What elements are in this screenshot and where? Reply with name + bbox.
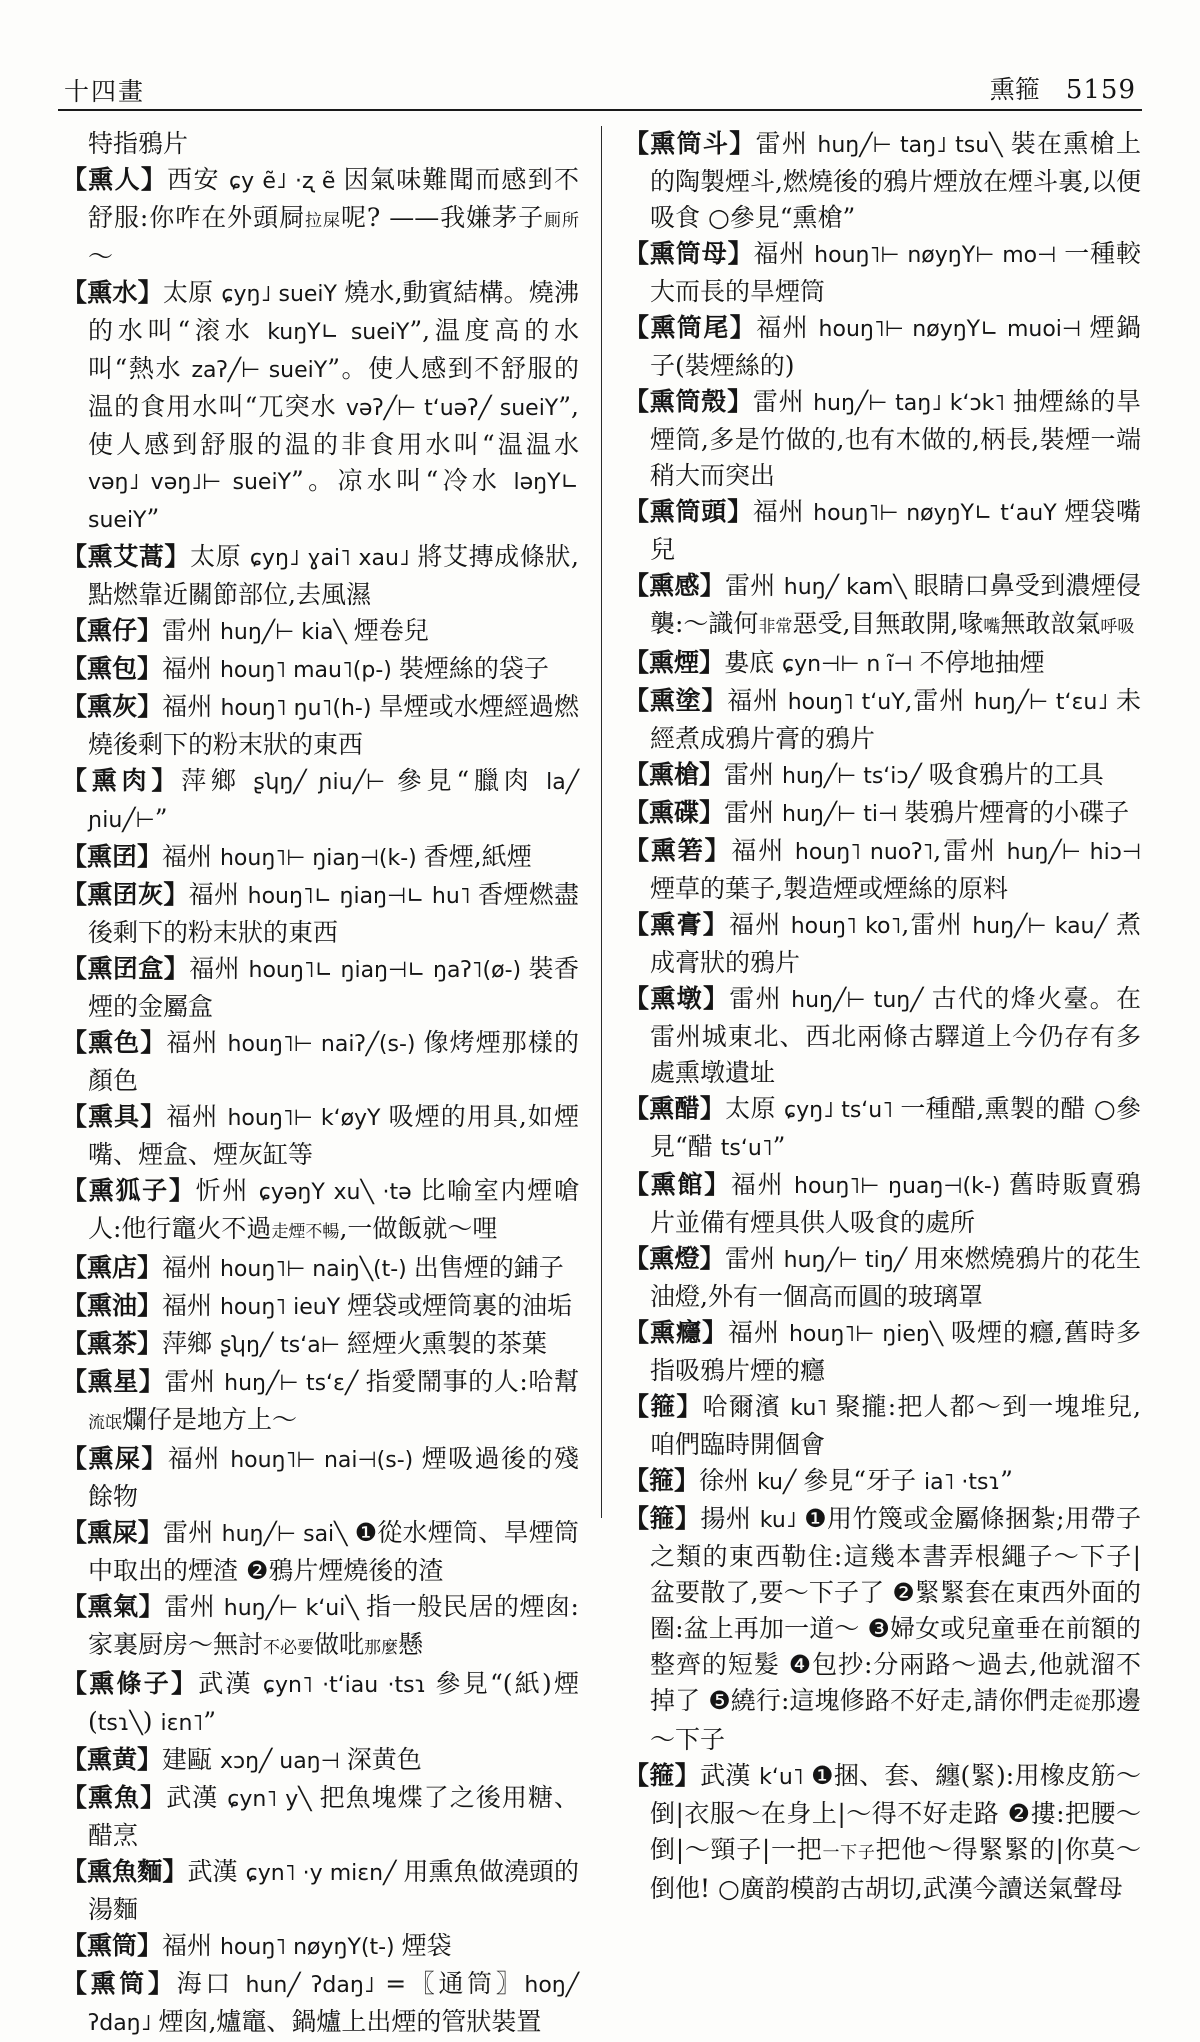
entry-text: 香煙,紙煙 — [424, 842, 532, 871]
dictionary-entry: 【熏星】雷州 huŋ╱⊢ tsʻɛ╱ 指愛鬧事的人:哈幫流氓爛仔是地方上～ — [62, 1364, 579, 1441]
entry-headword: 【熏筒】 — [62, 1931, 162, 1960]
entry-pronunciation: vəŋ˩ vəŋ˩⊢ sueiY — [88, 470, 291, 495]
entry-text: =〖通筒〗 — [385, 1969, 524, 1998]
entry-text: 雷州 — [756, 129, 818, 158]
entry-text: ” — [203, 1707, 216, 1736]
entry-pronunciation: huŋ╱⊢ ti⊣ — [782, 802, 904, 827]
column-divider — [601, 126, 602, 1518]
dictionary-entry: 【箍】徐州 ku╱ 參見“牙子 ia˥ ·tsɿ” — [624, 1463, 1141, 1501]
dictionary-entry: 【熏筒母】福州 houŋ˥⊢ nøyŋY⊢ mo⊣ 一種較大而長的旱煙筒 — [624, 236, 1141, 310]
entry-pronunciation: ɕyn⊣⊢ n ĩ⊣ — [782, 652, 920, 677]
entry-pronunciation: ia˥ ·tsɿ — [924, 1470, 1000, 1495]
entry-text: 福州 — [166, 1028, 227, 1057]
entry-text: 西安 — [167, 165, 229, 194]
entry-small-gloss: 呼吸 — [1100, 617, 1134, 637]
entry-pronunciation: houŋ˥⊢ nøyŋY⊢ mo⊣ — [814, 243, 1064, 268]
entry-pronunciation: houŋ˥⊢ naiʔ╱(s-) — [228, 1032, 424, 1057]
entry-headword: 【熏塗】 — [624, 686, 727, 715]
entry-headword: 【熏人】 — [62, 165, 167, 194]
dictionary-entry: 【熏魚】武漢 ɕyn˥ y╲ 把魚塊煠了之後用糖、醋烹 — [62, 1780, 579, 1854]
entry-text: 雷州 — [163, 1518, 222, 1547]
dictionary-entry: 【熏水】太原 ɕyŋ˩ sueiY 燒水,動賓結構。燒沸的水叫“滚水 kuŋY∟… — [62, 275, 579, 539]
entry-text: 福州 — [162, 1253, 220, 1282]
entry-headword: 【熏茶】 — [62, 1329, 162, 1358]
entry-text: 福州 — [189, 954, 248, 983]
entry-text: 經煙火熏製的茶葉 — [347, 1329, 547, 1358]
entry-headword: 【箍】 — [624, 1761, 700, 1790]
entry-headword: 【熏碟】 — [624, 798, 724, 827]
entry-text: 福州 — [162, 1291, 220, 1320]
entry-headword: 【熏筒殼】 — [624, 387, 753, 416]
entry-text: 雷州 — [724, 760, 782, 789]
dictionary-entry: 【熏艾蒿】太原 ɕyŋ˩ ɣai˥ xau˩ 將艾摶成條狀,點燃靠近關節部位,去… — [62, 539, 579, 613]
dictionary-entry: 【熏筒】福州 houŋ˥ nøyŋY(t-) 煙袋 — [62, 1928, 579, 1966]
dictionary-entry: 【熏醋】太原 ɕyŋ˩ tsʻu˥ 一種醋,熏製的醋 ○參見“醋 tsʻu˥” — [624, 1091, 1141, 1167]
entry-pronunciation: ʂʮŋ╱ tsʻa⊢ — [220, 1333, 347, 1358]
entry-headword: 【熏黄】 — [62, 1745, 162, 1774]
entry-text: 福州 — [189, 880, 248, 909]
entry-pronunciation: kuŋY∟ sueiY — [267, 320, 409, 345]
entry-headword: 【熏箬】 — [624, 836, 731, 865]
entry-text: ,雷州 — [901, 910, 972, 939]
dictionary-entry: 【熏屎】雷州 huŋ╱⊢ sai╲ ❶從水煙筒、旱煙筒中取出的煙渣 ❷鴉片煙燒後… — [62, 1515, 579, 1589]
dictionary-entry: 【熏肉】萍鄉 ʂʮŋ╱ ɲiu╱⊢ 參見“臘肉 la╱ ɲiu╱⊢” — [62, 763, 579, 839]
entry-headword: 【熏屎】 — [62, 1518, 163, 1547]
entry-pronunciation: ku˩ — [760, 1508, 804, 1533]
entry-text: 福州 — [162, 654, 220, 683]
dictionary-entry: 【熏氣】雷州 huŋ╱⊢ kʻui╲ 指一般民居的煙囱:家裏厨房～無討不必要做吡… — [62, 1589, 579, 1666]
entry-headword: 【熏筒斗】 — [624, 129, 756, 158]
entry-text: 煙草的葉子,製造煙或煙絲的原料 — [650, 874, 1008, 903]
entry-text: 建甌 — [162, 1745, 220, 1774]
entry-pronunciation: houŋ˥⊢ kʻøyY — [227, 1106, 388, 1131]
entry-headword: 【熏魚麵】 — [62, 1857, 187, 1886]
entry-small-gloss: 一下子 — [822, 1843, 875, 1863]
entry-pronunciation: ʂʮŋ╱ ɲiu╱⊢ — [253, 770, 396, 795]
dictionary-entry: 【熏碟】雷州 huŋ╱⊢ ti⊣ 裝鴉片煙膏的小碟子 — [624, 795, 1141, 833]
dictionary-entry: 【箍】揚州 ku˩ ❶用竹篾或金屬條捆紮;用帶子之類的東西勒住:這幾本書弄根繩子… — [624, 1501, 1141, 1758]
dictionary-entry: 【熏箬】福州 houŋ˥ nuoʔ˥,雷州 huŋ╱⊢ hiɔ⊣ 煙草的葉子,製… — [624, 833, 1141, 907]
entry-text: 哈爾濱 — [703, 1392, 791, 1421]
entry-headword: 【熏灰】 — [62, 692, 162, 721]
entry-text: ”。凉水叫“冷水 — [291, 466, 514, 495]
dictionary-entry: 【熏囝盒】福州 houŋ˥∟ ŋiaŋ⊣∟ ŋaʔ˥(ø-) 裝香煙的金屬盒 — [62, 951, 579, 1025]
dictionary-entry: 【熏膏】福州 houŋ˥ ko˥,雷州 huŋ╱⊢ kau╱ 煮成膏狀的鴉片 — [624, 907, 1141, 981]
entry-pronunciation: ɕy ẽ˩ ·ʐ ẽ — [229, 169, 344, 194]
dictionary-entry: 【箍】哈爾濱 ku˥ 聚攏:把人都～到一塊堆兒,咱們臨時開個會 — [624, 1389, 1141, 1463]
dictionary-entry: 【熏囝】福州 houŋ˥⊢ ŋiaŋ⊣(k-) 香煙,紙煙 — [62, 839, 579, 877]
entry-text: 揚州 — [700, 1504, 759, 1533]
entry-text: 太原 — [190, 542, 250, 571]
dictionary-entry: 【熏槍】雷州 huŋ╱⊢ tsʻiɔ╱ 吸食鴉片的工具 — [624, 757, 1141, 795]
dictionary-entry: 【熏筒】海口 hun╱ ʔdaŋ˩ =〖通筒〗hoŋ╱ ʔdaŋ˩ 煙囱,爐竈、… — [62, 1966, 579, 2042]
entry-headword: 【熏筒尾】 — [624, 313, 756, 342]
dictionary-entry: 【熏館】福州 houŋ˥⊢ ŋuaŋ⊣(k-) 舊時販賣鴉片並備有煙具供人吸食的… — [624, 1167, 1141, 1241]
entry-text: 福州 — [162, 842, 220, 871]
section-heading: 十四畫 — [64, 72, 145, 108]
entry-text: 爛仔是地方上～ — [122, 1405, 297, 1434]
entry-pronunciation: zaʔ╱⊢ sueiY — [192, 358, 328, 383]
entry-headword: 【熏燈】 — [624, 1244, 725, 1273]
entry-headword: 【熏油】 — [62, 1291, 162, 1320]
left-column: 特指鴉片【熏人】西安 ɕy ẽ˩ ·ʐ ẽ 因氣味難聞而感到不舒服:你咋在外頭屙… — [62, 126, 579, 2042]
entry-pronunciation: ɕyŋ˩ tsʻu˥ — [784, 1098, 900, 1123]
entry-text: 雷州 — [753, 387, 813, 416]
entry-text: 裝鴉片煙膏的小碟子 — [904, 798, 1129, 827]
dictionary-entry: 【熏色】福州 houŋ˥⊢ naiʔ╱(s-) 像烤煙那樣的顏色 — [62, 1025, 579, 1099]
running-head: 熏箍5159 — [990, 70, 1136, 106]
entry-pronunciation: houŋ˥ mau˥(p-) — [220, 658, 399, 683]
entry-text: 煙卷兒 — [354, 616, 429, 645]
entry-small-gloss: 不必要 — [263, 1638, 314, 1658]
dictionary-entry: 【熏魚麵】武漢 ɕyn˥ ·y miɛn╱ 用熏魚做澆頭的湯麵 — [62, 1854, 579, 1928]
entry-pronunciation: huŋ╱ kam╲ — [784, 575, 914, 600]
entry-headword: 【熏膏】 — [624, 910, 729, 939]
entry-small-gloss: 從 — [1074, 1694, 1091, 1714]
entry-headword: 【箍】 — [624, 1392, 703, 1421]
entry-pronunciation: houŋ˥ ieuY — [220, 1295, 347, 1320]
entry-headword: 【熏筒母】 — [624, 239, 754, 268]
entry-pronunciation: ɕyŋ˩ ɣai˥ xau˩ — [250, 546, 418, 571]
entry-pronunciation: huŋ╱⊢ tuŋ╱ — [791, 988, 932, 1013]
entry-text: ❶用竹篾或金屬條捆紮;用帶子之類的東西勒住:這幾本書弄根繩子～下子|盆要散了,要… — [650, 1504, 1141, 1715]
entry-text: 福州 — [756, 313, 818, 342]
dictionary-entry: 【熏囝灰】福州 houŋ˥∟ ŋiaŋ⊣∟ hu˥ 香煙燃盡後剩下的粉末狀的東西 — [62, 877, 579, 951]
entry-text: ～ — [88, 242, 113, 271]
entry-text: ,一做飯就～哩 — [339, 1214, 497, 1243]
entry-pronunciation: xɔŋ╱ uaŋ⊣ — [220, 1749, 347, 1774]
entry-text: 不停地抽煙 — [920, 648, 1045, 677]
dictionary-entry: 【熏筒殼】雷州 huŋ╱⊢ taŋ˩ kʻɔk˥ 抽煙絲的旱煙筒,多是竹做的,也… — [624, 384, 1141, 494]
entry-headword: 【熏店】 — [62, 1253, 162, 1282]
entry-text: 武漢 — [166, 1783, 227, 1812]
entry-headword: 【熏癮】 — [624, 1318, 728, 1347]
entry-text: 武漢 — [700, 1761, 759, 1790]
entry-pronunciation: huŋ╱⊢ kia╲ — [220, 620, 354, 645]
page-number: 5159 — [1066, 75, 1136, 105]
entry-text: 雷州 — [729, 984, 791, 1013]
entry-text: 吸食鴉片的工具 — [929, 760, 1104, 789]
entry-pronunciation: iɛn˥ — [160, 1711, 203, 1736]
running-head-word: 熏箍 — [990, 75, 1040, 104]
entry-text: 福州 — [728, 1318, 789, 1347]
entry-pronunciation: houŋ˥ tʻuY — [788, 690, 905, 715]
entry-text: 無敢敨氣 — [1000, 609, 1100, 638]
entry-pronunciation: houŋ˥ ŋu˥(h-) — [220, 696, 378, 721]
dictionary-entry: 【熏包】福州 houŋ˥ mau˥(p-) 裝煙絲的袋子 — [62, 651, 579, 689]
entry-headword: 【熏星】 — [62, 1367, 164, 1396]
entry-pronunciation: huŋ╱⊢ tsʻiɔ╱ — [782, 764, 929, 789]
entry-headword: 【熏包】 — [62, 654, 162, 683]
dictionary-entry: 【熏茶】萍鄉 ʂʮŋ╱ tsʻa⊢ 經煙火熏製的茶葉 — [62, 1326, 579, 1364]
entry-text: 萍鄉 — [181, 766, 253, 795]
entry-headword: 【熏筒】 — [62, 1969, 177, 1998]
entry-text: ” — [147, 504, 160, 533]
entry-text: 福州 — [731, 836, 795, 865]
dictionary-entry: 【熏墩】雷州 huŋ╱⊢ tuŋ╱ 古代的烽火臺。在雷州城東北、西北兩條古驛道上… — [624, 981, 1141, 1091]
dictionary-entry: 【熏仔】雷州 huŋ╱⊢ kia╲ 煙卷兒 — [62, 613, 579, 651]
entry-headword: 【熏囝灰】 — [62, 880, 189, 909]
entry-text: ) — [143, 1707, 161, 1736]
entry-headword: 【熏氣】 — [62, 1592, 164, 1621]
entry-headword: 【熏狐子】 — [62, 1176, 196, 1205]
entry-text: 婁底 — [724, 648, 782, 677]
entry-headword: 【熏館】 — [624, 1170, 731, 1199]
entry-text: 雷州 — [724, 798, 782, 827]
entry-text: 指愛鬧事的人:哈幫 — [366, 1367, 579, 1396]
entry-small-gloss: 那麼 — [364, 1638, 398, 1658]
entry-pronunciation: tsʻu˥ — [721, 1136, 773, 1161]
dictionary-entry: 【熏塗】福州 houŋ˥ tʻuY,雷州 huŋ╱⊢ tʻɛu˩ 未經煮成鴉片膏… — [624, 683, 1141, 757]
entry-pronunciation: houŋ˥⊢ nøyŋY∟ muoi⊣ — [819, 317, 1090, 342]
entry-pronunciation: ɕyn˥ ·y miɛn╱ — [246, 1861, 404, 1886]
entry-small-gloss: 厠所 — [544, 211, 579, 231]
entry-continuation: 特指鴉片 — [62, 126, 579, 162]
entry-text: 煙袋或煙筒裏的油垢 — [347, 1291, 572, 1320]
entry-text: 武漢 — [198, 1669, 263, 1698]
entry-pronunciation: vəʔ╱⊢ tʻuəʔ╱ sueiY — [346, 396, 558, 421]
entry-text: 參見“牙子 — [803, 1466, 924, 1495]
entry-headword: 【熏色】 — [62, 1028, 166, 1057]
dictionary-entry: 【熏條子】武漢 ɕyn˥ ·tʻiau ·tsɿ 參見“(紙)煙(tsɿ╲) i… — [62, 1666, 579, 1742]
entry-pronunciation: hun╱ ʔdaŋ˩ — [245, 1973, 385, 1998]
entry-pronunciation: tsɿ╲ — [98, 1711, 143, 1736]
entry-text: ” — [1000, 1466, 1013, 1495]
entry-text: ” — [155, 804, 168, 833]
entry-small-gloss: 拉屎 — [305, 211, 341, 231]
entry-pronunciation: houŋ˥⊢ ŋiaŋ⊣(k-) — [220, 846, 424, 871]
entry-text: 雷州 — [725, 571, 784, 600]
entry-text: 太原 — [163, 278, 222, 307]
entry-text: 徐州 — [699, 1466, 757, 1495]
entry-headword: 【熏醋】 — [624, 1094, 725, 1123]
entry-headword: 【熏艾蒿】 — [62, 542, 190, 571]
right-column: 【熏筒斗】雷州 huŋ╱⊢ taŋ˩ tsu╲ 裝在熏槍上的陶製煙斗,燃燒後的鴉… — [624, 126, 1141, 1907]
entry-text: 武漢 — [187, 1857, 245, 1886]
dictionary-entry: 【熏屎】福州 houŋ˥⊢ nai⊣(s-) 煙吸過後的殘餘物 — [62, 1441, 579, 1515]
entry-headword: 【箍】 — [624, 1504, 700, 1533]
entry-text: 太原 — [725, 1094, 784, 1123]
entry-text: 萍鄉 — [162, 1329, 220, 1358]
entry-text: 特指鴉片 — [88, 129, 188, 158]
entry-pronunciation: ɕyŋ˩ sueiY — [221, 282, 344, 307]
entry-pronunciation: huŋ╱⊢ tʻɛu˩ — [974, 690, 1116, 715]
entry-pronunciation: huŋ╱⊢ tiŋ╱ — [784, 1248, 915, 1273]
dictionary-entry: 【熏筒斗】雷州 huŋ╱⊢ taŋ˩ tsu╲ 裝在熏槍上的陶製煙斗,燃燒後的鴉… — [624, 126, 1141, 236]
entry-text: ,雷州 — [933, 836, 1006, 865]
entry-headword: 【熏感】 — [624, 571, 725, 600]
entry-text: ” — [773, 1132, 786, 1161]
entry-pronunciation: houŋ˥∟ ŋiaŋ⊣∟ hu˥ — [248, 884, 478, 909]
entry-text: 福州 — [753, 497, 813, 526]
dictionary-entry: 【箍】武漢 kʻu˥ ❶捆、套、纏(緊):用橡皮筋～倒|衣服～在身上|～得不好走… — [624, 1758, 1141, 1907]
entry-small-gloss: 流氓 — [88, 1413, 122, 1433]
entry-pronunciation: houŋ˥∟ ŋiaŋ⊣∟ ŋaʔ˥(ø-) — [249, 958, 529, 983]
dictionary-entry: 【熏筒頭】福州 houŋ˥⊢ nøyŋY∟ tʻauY 煙袋嘴兒 — [624, 494, 1141, 568]
entry-text: 雷州 — [725, 1244, 784, 1273]
entry-text: 煙袋 — [402, 1931, 452, 1960]
entry-text: 福州 — [729, 910, 791, 939]
dictionary-entry: 【熏店】福州 houŋ˥⊢ naiŋ╲(t-) 出售煙的鋪子 — [62, 1250, 579, 1288]
entry-text: ,雷州 — [905, 686, 974, 715]
entry-text: 海口 — [177, 1969, 246, 1998]
entry-pronunciation: ku╱ — [757, 1470, 803, 1495]
entry-headword: 【熏墩】 — [624, 984, 729, 1013]
dictionary-page: { "header": { "section": "十四畫", "running… — [0, 0, 1200, 1724]
entry-headword: 【熏槍】 — [624, 760, 724, 789]
entry-text: 參見“臘肉 — [397, 766, 546, 795]
entry-headword: 【熏屎】 — [62, 1444, 168, 1473]
entry-headword: 【熏魚】 — [62, 1783, 166, 1812]
dictionary-entry: 【熏燈】雷州 huŋ╱⊢ tiŋ╱ 用來燃燒鴉片的花生油燈,外有一個高而圓的玻璃… — [624, 1241, 1141, 1315]
dictionary-entry: 【熏黄】建甌 xɔŋ╱ uaŋ⊣ 深黄色 — [62, 1742, 579, 1780]
entry-text: 惡受,目無敢開,喙 — [792, 609, 983, 638]
entry-text: 煙囱,爐竈、鍋爐上出煙的管狀裝置 — [158, 2007, 541, 2036]
entry-headword: 【熏煙】 — [624, 648, 724, 677]
dictionary-entry: 【熏灰】福州 houŋ˥ ŋu˥(h-) 旱煙或水煙經過燃燒後剩下的粉末狀的東西 — [62, 689, 579, 763]
entry-text: 雷州 — [164, 1367, 224, 1396]
entry-pronunciation: kʻu˥ — [759, 1765, 811, 1790]
entry-pronunciation: huŋ╱⊢ hiɔ⊣ — [1007, 840, 1141, 865]
entry-pronunciation: houŋ˥⊢ ŋuaŋ⊣(k-) — [794, 1174, 1009, 1199]
entry-small-gloss: 走煙不暢 — [271, 1222, 339, 1242]
entry-text: 雷州 — [164, 1592, 224, 1621]
dictionary-entry: 【熏狐子】忻州 ɕyəŋY xu╲ ·tə 比喻室内煙嗆人:他行竈火不過走煙不暢… — [62, 1173, 579, 1250]
dictionary-entry: 【熏具】福州 houŋ˥⊢ kʻøyY 吸煙的用具,如煙嘴、煙盒、煙灰缸等 — [62, 1099, 579, 1173]
entry-pronunciation: ɕyəŋY xu╲ ·tə — [259, 1180, 421, 1205]
entry-pronunciation: huŋ╱⊢ taŋ˩ kʻɔk˥ — [813, 391, 1013, 416]
entry-text: 出售煙的鋪子 — [414, 1253, 564, 1282]
entry-text: 福州 — [166, 1102, 227, 1131]
entry-pronunciation: huŋ╱⊢ kʻui╲ — [224, 1596, 366, 1621]
entry-pronunciation: houŋ˥⊢ ŋieŋ╲ — [789, 1322, 951, 1347]
entry-headword: 【熏水】 — [62, 278, 163, 307]
entry-headword: 【熏筒頭】 — [624, 497, 753, 526]
entry-pronunciation: houŋ˥ ko˥ — [791, 914, 902, 939]
entry-text: 裝煙絲的袋子 — [399, 654, 549, 683]
entry-pronunciation: houŋ˥⊢ naiŋ╲(t-) — [220, 1257, 414, 1282]
entry-pronunciation: huŋ╱⊢ sai╲ — [222, 1522, 355, 1547]
dictionary-entry: 【熏癮】福州 houŋ˥⊢ ŋieŋ╲ 吸煙的癮,舊時多指吸鴉片煙的癮 — [624, 1315, 1141, 1389]
entry-text: 深黄色 — [347, 1745, 422, 1774]
entry-small-gloss: 非常 — [758, 617, 792, 637]
entry-pronunciation: houŋ˥⊢ nai⊣(s-) — [230, 1448, 421, 1473]
entry-pronunciation: huŋ╱⊢ tsʻɛ╱ — [224, 1371, 366, 1396]
entry-text: 福州 — [162, 1931, 220, 1960]
entry-headword: 【熏囝盒】 — [62, 954, 189, 983]
entry-text: 呢? ——我嫌茅子 — [341, 203, 544, 232]
dictionary-entry: 【熏油】福州 houŋ˥ ieuY 煙袋或煙筒裏的油垢 — [62, 1288, 579, 1326]
entry-pronunciation: ɕyn˥ y╲ — [227, 1787, 319, 1812]
entry-headword: 【熏仔】 — [62, 616, 162, 645]
entry-text: 雷州 — [162, 616, 220, 645]
entry-text: 福州 — [754, 239, 815, 268]
dictionary-entry: 【熏煙】婁底 ɕyn⊣⊢ n ĩ⊣ 不停地抽煙 — [624, 645, 1141, 683]
entry-text: 忻州 — [196, 1176, 259, 1205]
entry-pronunciation: houŋ˥ nøyŋY(t-) — [220, 1935, 402, 1960]
entry-pronunciation: houŋ˥⊢ nøyŋY∟ tʻauY — [813, 501, 1064, 526]
entry-text: 福州 — [731, 1170, 794, 1199]
entry-headword: 【熏囝】 — [62, 842, 162, 871]
entry-text: 做吡 — [314, 1630, 364, 1659]
entry-headword: 【箍】 — [624, 1466, 699, 1495]
entry-pronunciation: ku˥ — [790, 1396, 835, 1421]
entry-text: 福州 — [162, 692, 220, 721]
entry-headword: 【熏具】 — [62, 1102, 166, 1131]
entry-headword: 【熏條子】 — [62, 1669, 198, 1698]
header-rule — [58, 109, 1142, 111]
entry-pronunciation: huŋ╱⊢ taŋ˩ tsu╲ — [817, 133, 1010, 158]
entry-pronunciation: houŋ˥ nuoʔ˥ — [795, 840, 933, 865]
entry-headword: 【熏肉】 — [62, 766, 181, 795]
dictionary-entry: 【熏感】雷州 huŋ╱ kam╲ 眼睛口鼻受到濃煙侵襲:～識何非常惡受,目無敢開… — [624, 568, 1141, 645]
dictionary-entry: 【熏人】西安 ɕy ẽ˩ ·ʐ ẽ 因氣味難聞而感到不舒服:你咋在外頭屙拉屎呢?… — [62, 162, 579, 275]
entry-pronunciation: huŋ╱⊢ kau╱ — [972, 914, 1116, 939]
entry-text: 福州 — [727, 686, 787, 715]
entry-text: 福州 — [168, 1444, 230, 1473]
entry-small-gloss: 嘴 — [983, 617, 1000, 637]
dictionary-entry: 【熏筒尾】福州 houŋ˥⊢ nøyŋY∟ muoi⊣ 煙鍋子(裝煙絲的) — [624, 310, 1141, 384]
entry-text: 懸 — [398, 1630, 423, 1659]
entry-pronunciation: ɕyn˥ ·tʻiau ·tsɿ — [263, 1673, 436, 1698]
